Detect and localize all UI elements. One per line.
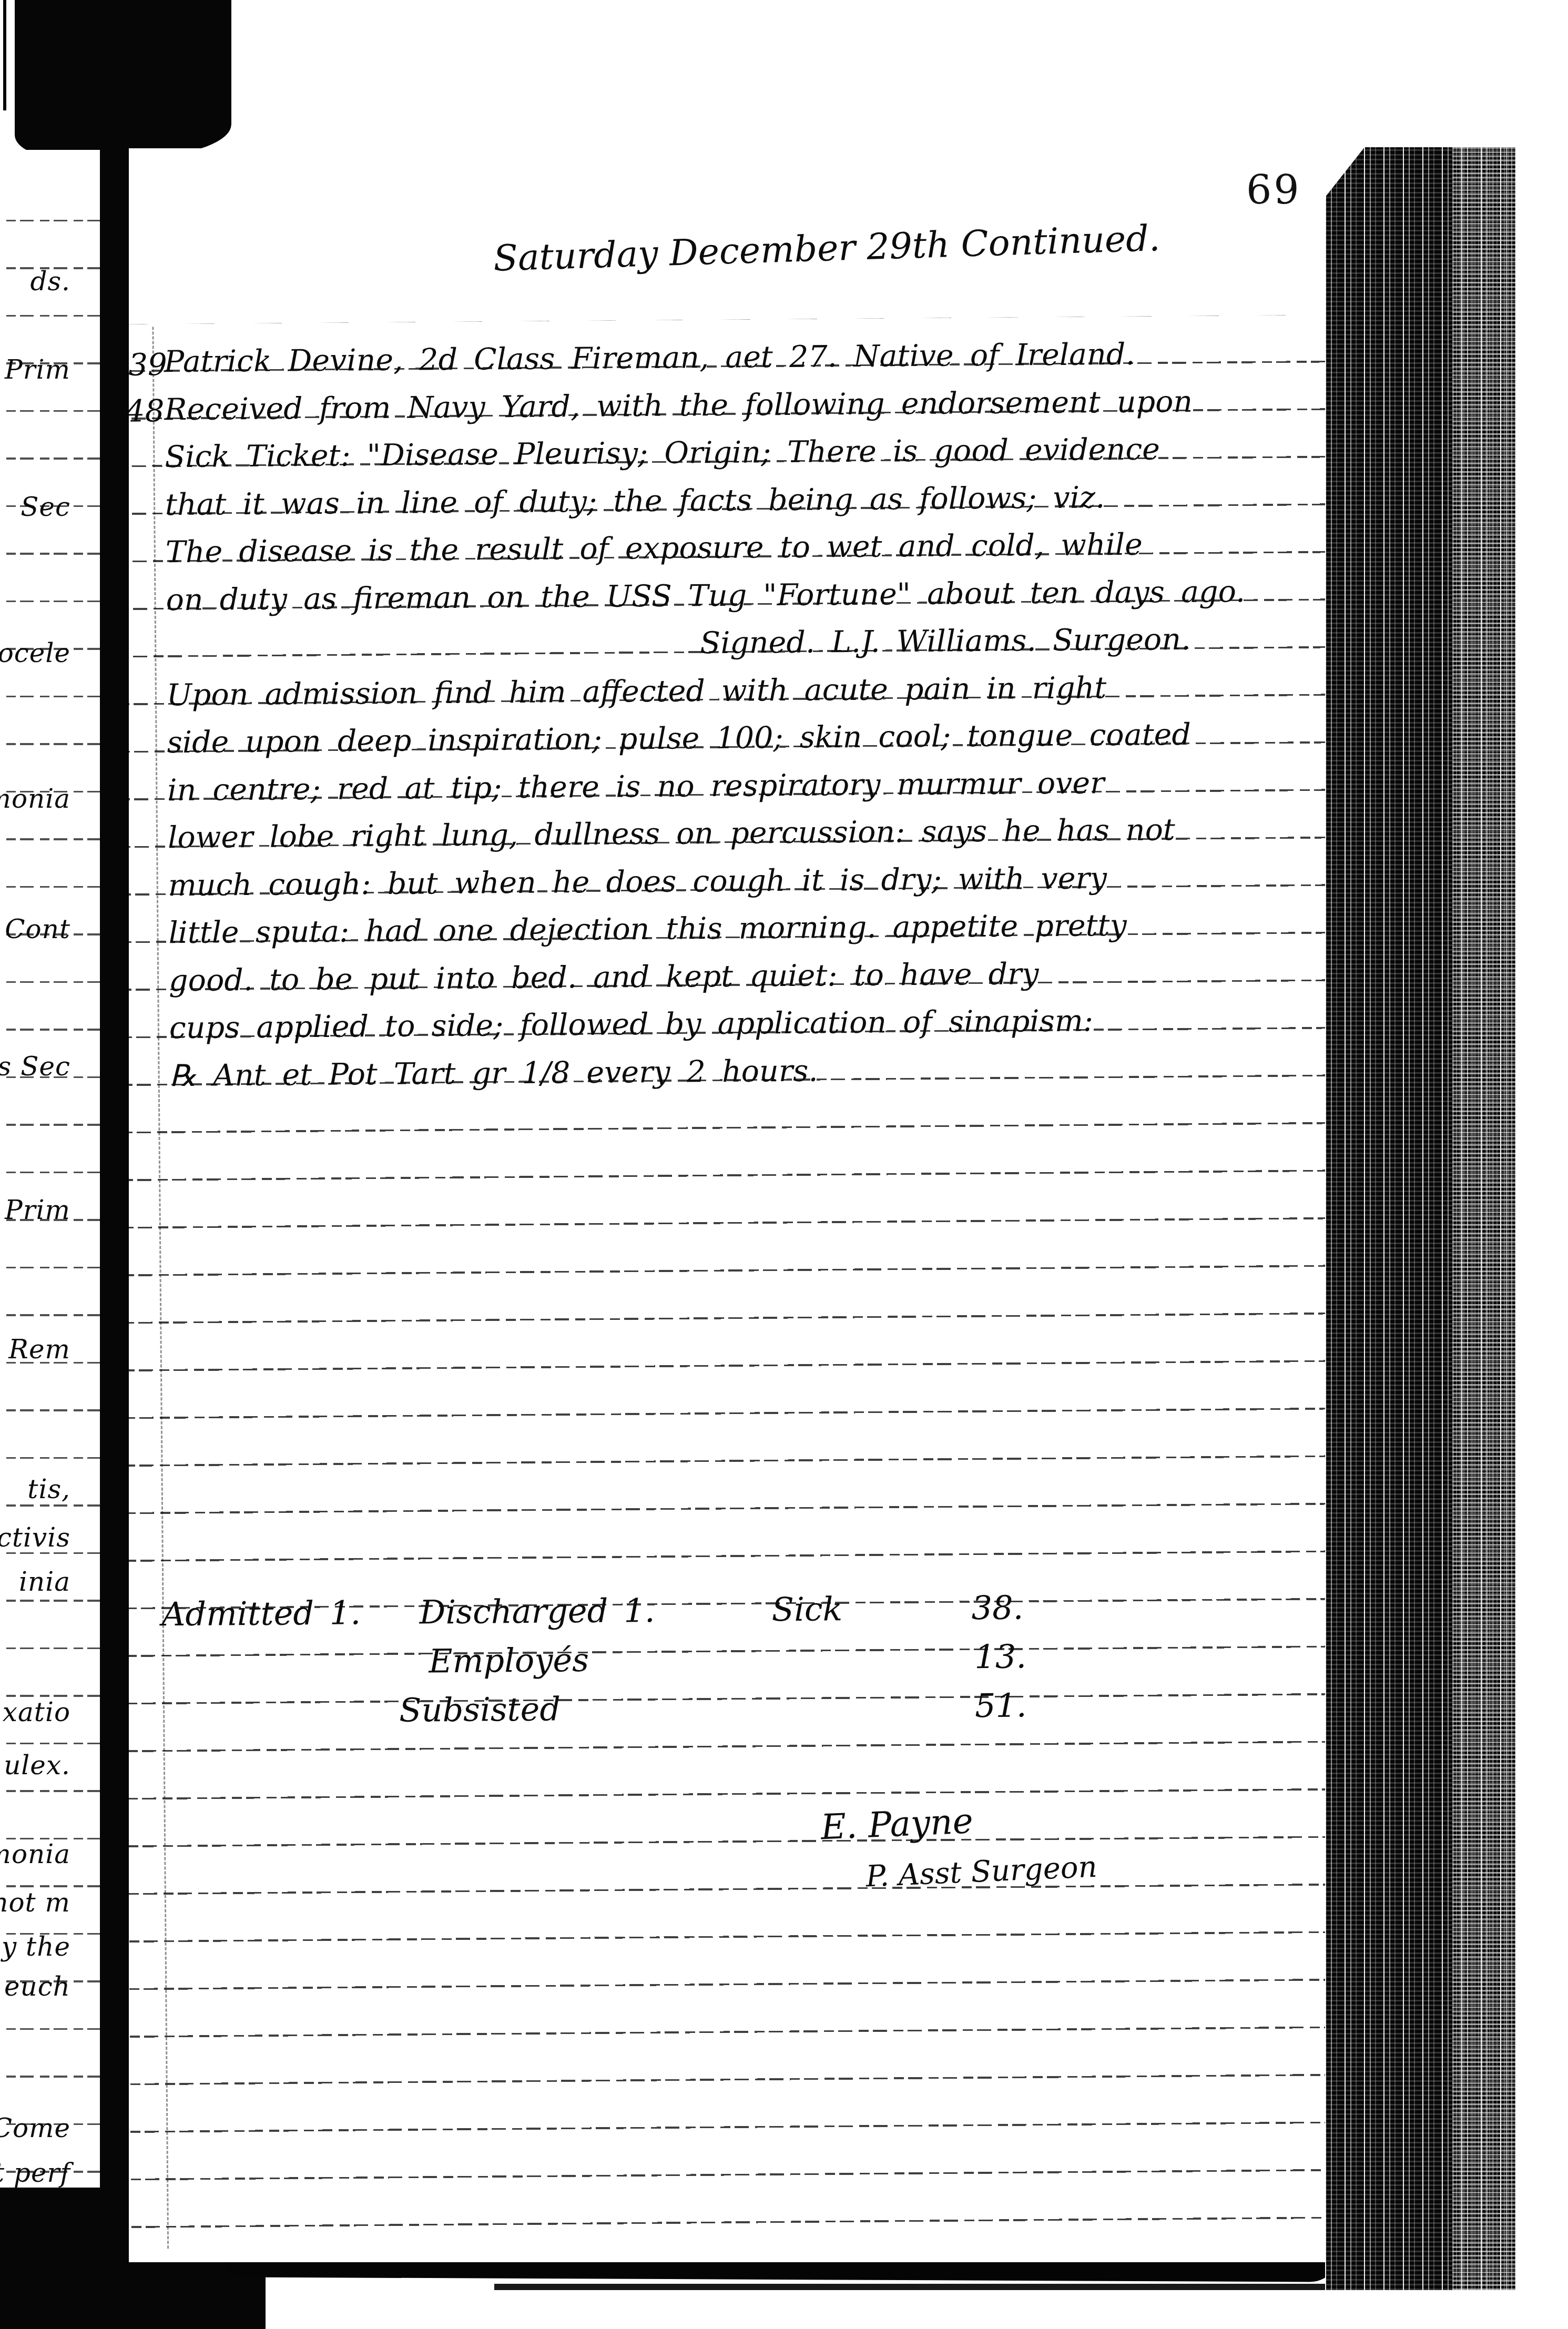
note-line: Upon admission find him affected with ac… bbox=[167, 662, 1325, 719]
book-fore-edge bbox=[1325, 147, 1515, 2290]
facing-page-strip: ds.s PrimSecocelemoniaContlis Seclis Pri… bbox=[0, 150, 100, 2188]
page-fragment: ds. bbox=[30, 266, 70, 297]
page-fragment: lis Prim bbox=[0, 1195, 70, 1225]
margin-case-number: 39 bbox=[129, 347, 167, 383]
note-line: side upon deep inspiration; pulse 100; s… bbox=[167, 710, 1325, 767]
page-fragment: inia bbox=[19, 1567, 70, 1597]
tally-admitted-value: 1. bbox=[330, 1593, 361, 1632]
page-fragment: of Come bbox=[0, 2113, 70, 2143]
tally-discharged-label: Discharged bbox=[419, 1592, 608, 1632]
entry-line: Sick Ticket: "Disease Pleurisy; Origin; … bbox=[165, 424, 1325, 481]
tally-subsisted-label: Subsisted bbox=[399, 1690, 561, 1729]
binding-gutter-shadow bbox=[98, 138, 129, 2189]
page-fragment: Cont bbox=[5, 914, 70, 944]
logbook-page: 69 Saturday December 29th Continued. 39 … bbox=[129, 148, 1325, 2262]
tally-employes-value: 13. bbox=[974, 1637, 1026, 1676]
note-line: little sputa: had one dejection this mor… bbox=[168, 900, 1325, 957]
note-line: much cough: but when he does cough it is… bbox=[168, 852, 1325, 909]
fore-edge-texture bbox=[1452, 147, 1515, 2290]
page-fragment: ocele bbox=[0, 638, 70, 668]
tally-subsisted-value: 51. bbox=[975, 1686, 1027, 1725]
note-line: cups applied to side; followed by applic… bbox=[169, 995, 1325, 1052]
book-cover-corner bbox=[15, 0, 231, 156]
page-fragment: y the bbox=[2, 1931, 70, 1962]
page-fragment: euch bbox=[4, 1971, 70, 2002]
tally-employes-label: Employés bbox=[429, 1641, 589, 1680]
entry-line: Patrick Devine, 2d Class Fireman, aet 27… bbox=[164, 329, 1325, 386]
page-writing-area: Saturday December 29th Continued. 39 48 … bbox=[129, 148, 1325, 2262]
tally-admitted: Admitted1. bbox=[161, 1593, 361, 1633]
tally-sick-value: 38. bbox=[971, 1588, 1023, 1627]
page-fragment: s Prim bbox=[0, 354, 70, 385]
tally-discharged: Discharged1. bbox=[419, 1591, 655, 1632]
page-fragment: monia bbox=[0, 784, 70, 814]
date-header: Saturday December 29th Continued. bbox=[327, 212, 1325, 284]
entry-line: that it was in line of duty; the facts b… bbox=[165, 472, 1325, 528]
page-fragment: s Rem bbox=[0, 1334, 70, 1365]
note-line: ℞ Ant et Pot Tart gr 1/8 every 2 hours. bbox=[169, 1043, 1325, 1100]
entry-line: Received from Navy Yard, with the follow… bbox=[164, 377, 1325, 433]
entry-line: The disease is the result of exposure to… bbox=[165, 520, 1325, 576]
tally-sick-label: Sick bbox=[771, 1590, 842, 1629]
page-fragment: ut perf bbox=[0, 2158, 70, 2188]
page-fragment: umonia bbox=[0, 1839, 70, 1869]
scanned-logbook-page: ds.s PrimSecocelemoniaContlis Seclis Pri… bbox=[0, 0, 1568, 2329]
note-line: good. to be put into bed. and kept quiet… bbox=[169, 948, 1325, 1004]
margin-case-number: 48 bbox=[129, 393, 165, 429]
page-bottom-edge-shadow-thin bbox=[494, 2284, 1330, 2290]
note-line: in centre; red at tip; there is no respi… bbox=[167, 757, 1325, 814]
page-fragment: nctivis bbox=[0, 1522, 70, 1553]
page-fragment: lis Sec bbox=[0, 1051, 70, 1082]
page-fragment: not m bbox=[0, 1887, 70, 1918]
scan-edge-line bbox=[3, 0, 6, 110]
entry-body: Patrick Devine, 2d Class Fireman, aet 27… bbox=[164, 329, 1325, 1100]
page-fragment: Sec bbox=[21, 492, 70, 522]
surgeon-signature: E. Payne bbox=[820, 1801, 974, 1847]
tally-discharged-value: 1. bbox=[624, 1591, 655, 1630]
tally-admitted-label: Admitted bbox=[161, 1594, 314, 1633]
note-line: lower lobe right lung, dullness on percu… bbox=[168, 805, 1325, 862]
signed-line: Signed. L.J. Williams. Surgeon. bbox=[166, 615, 1325, 672]
page-corner-notch bbox=[1325, 147, 1365, 197]
page-fragment: luxatio bbox=[0, 1697, 70, 1727]
entry-line: on duty as fireman on the USS Tug "Fortu… bbox=[166, 567, 1325, 624]
page-fragment: ulex. bbox=[4, 1750, 70, 1781]
page-fragment: tis, bbox=[27, 1474, 70, 1504]
